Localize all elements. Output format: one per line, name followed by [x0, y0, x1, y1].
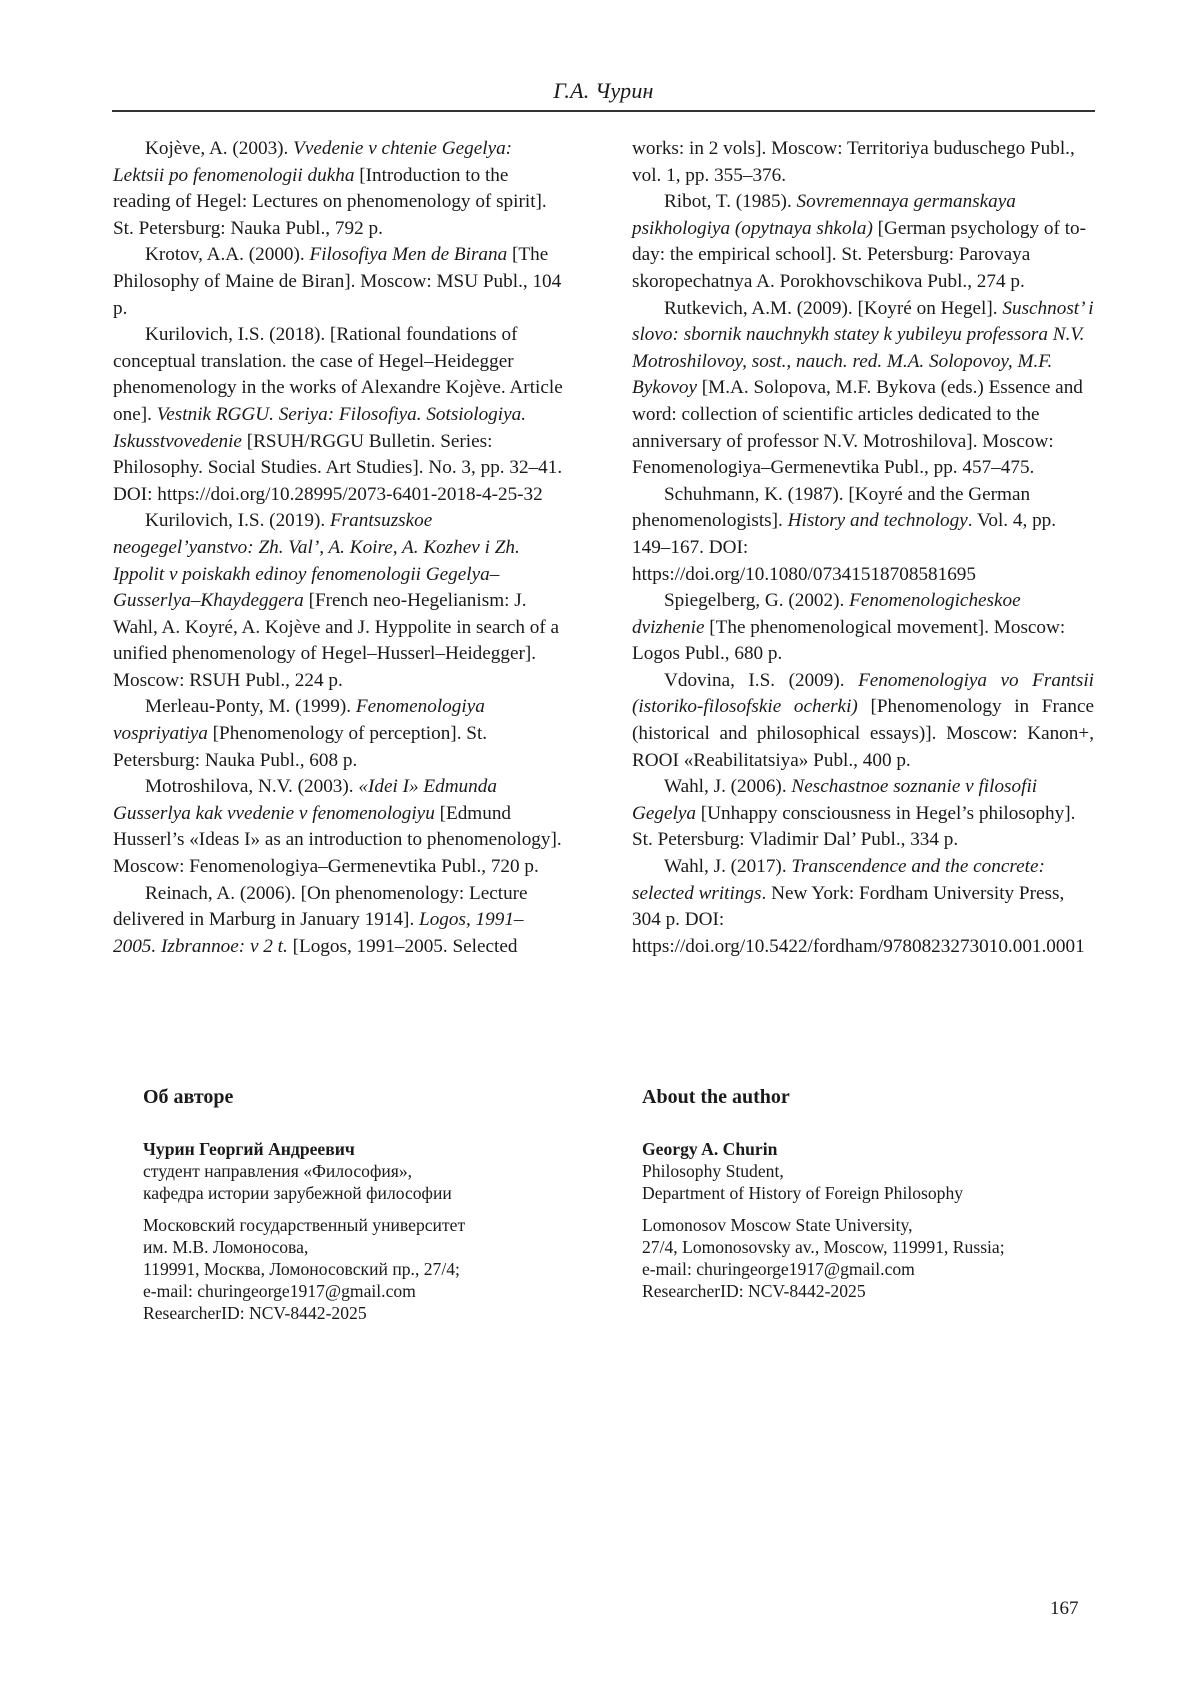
author-position-group-ru: Чурин Георгий Андреевич студент направле…	[143, 1138, 583, 1204]
about-author-heading-ru: Об авторе	[143, 1086, 583, 1108]
reference-entry: Krotov, A.A. (2000). Filosofiya Men de B…	[113, 242, 565, 322]
reference-entry: Ribot, T. (1985). Sovremennaya germanska…	[632, 189, 1094, 295]
author-name-en: Georgy A. Churin	[642, 1138, 1102, 1160]
reference-text: Krotov, A.A. (2000).	[145, 244, 310, 265]
author-position-line: Philosophy Student,	[642, 1160, 1102, 1182]
reference-text: Spiegelberg, G. (2002).	[664, 590, 849, 611]
author-researcher-id-ru: ResearcherID: NCV-8442-2025	[143, 1302, 583, 1324]
reference-entry: Schuhmann, K. (1987). [Koyré and the Ger…	[632, 482, 1094, 588]
author-affiliation-line: им. М.В. Ломоносова,	[143, 1236, 583, 1258]
author-email-ru[interactable]: e-mail: churingeorge1917@gmail.com	[143, 1280, 583, 1302]
author-position-line: Department of History of Foreign Philoso…	[642, 1182, 1102, 1204]
reference-entry: Wahl, J. (2017). Transcendence and the c…	[632, 854, 1094, 960]
author-affiliation-line: 27/4, Lomonosovsky av., Moscow, 119991, …	[642, 1236, 1102, 1258]
reference-text: Merleau-Ponty, M. (1999).	[145, 696, 356, 717]
reference-text: Vdovina, I.S. (2009).	[664, 670, 858, 691]
reference-entry: Wahl, J. (2006). Neschastnoe soznanie v …	[632, 774, 1094, 854]
running-title: Г.А. Чурин	[112, 78, 1095, 104]
reference-text: [M.A. Solopova, M.F. Bykova (eds.) Essen…	[632, 377, 1083, 478]
reference-text: works: in 2 vols]. Moscow: Territoriya b…	[632, 138, 1075, 186]
reference-entry: Vdovina, I.S. (2009). Fenomenologiya vo …	[632, 668, 1094, 774]
reference-text: Ribot, T. (1985).	[664, 191, 797, 212]
author-affiliation-group-en: Lomonosov Moscow State University, 27/4,…	[642, 1214, 1102, 1302]
author-affiliation-line: Московский государственный университет	[143, 1214, 583, 1236]
reference-entry: works: in 2 vols]. Moscow: Territoriya b…	[632, 136, 1094, 189]
reference-text: Kojève, A. (2003).	[145, 138, 293, 159]
reference-entry: Spiegelberg, G. (2002). Fenomenologiches…	[632, 588, 1094, 668]
author-affiliation-line: Lomonosov Moscow State University,	[642, 1214, 1102, 1236]
header-rule	[112, 110, 1095, 112]
reference-text: Wahl, J. (2017).	[664, 856, 791, 877]
reference-text: Rutkevich, A.M. (2009). [Koyré on Hegel]…	[664, 298, 1002, 319]
references-left-column: Kojève, A. (2003). Vvedenie v chtenie Ge…	[113, 136, 565, 960]
reference-text: Motroshilova, N.V. (2003).	[145, 776, 358, 797]
reference-text: [Unhappy consciousness in Hegel’s philos…	[632, 803, 1075, 851]
reference-text: Wahl, J. (2006).	[664, 776, 791, 797]
author-name-ru: Чурин Георгий Андреевич	[143, 1138, 583, 1160]
author-position-line: кафедра истории зарубежной философии	[143, 1182, 583, 1204]
about-author-heading-en: About the author	[642, 1086, 1102, 1108]
about-author-en: About the author Georgy A. Churin Philos…	[642, 1086, 1102, 1312]
reference-entry: Kurilovich, I.S. (2018). [Rational found…	[113, 322, 565, 508]
author-email-en[interactable]: e-mail: churingeorge1917@gmail.com	[642, 1258, 1102, 1280]
reference-entry: Reinach, A. (2006). [On phenomenology: L…	[113, 881, 565, 961]
reference-text: [Logos, 1991–2005. Selected	[288, 936, 518, 957]
about-author-ru: Об авторе Чурин Георгий Андреевич студен…	[143, 1086, 583, 1334]
reference-entry: Kojève, A. (2003). Vvedenie v chtenie Ge…	[113, 136, 565, 242]
author-position-group-en: Georgy A. Churin Philosophy Student, Dep…	[642, 1138, 1102, 1204]
reference-title: Filosofiya Men de Birana	[310, 244, 508, 265]
author-researcher-id-en: ResearcherID: NCV-8442-2025	[642, 1280, 1102, 1302]
reference-title: History and technology	[788, 510, 968, 531]
author-position-line: студент направления «Философия»,	[143, 1160, 583, 1182]
references-right-column: works: in 2 vols]. Moscow: Territoriya b…	[632, 136, 1094, 960]
reference-entry: Rutkevich, A.M. (2009). [Koyré on Hegel]…	[632, 296, 1094, 482]
author-affiliation-line: 119991, Москва, Ломоносовский пр., 27/4;	[143, 1258, 583, 1280]
author-affiliation-group-ru: Московский государственный университет и…	[143, 1214, 583, 1324]
reference-entry: Motroshilova, N.V. (2003). «Idei I» Edmu…	[113, 774, 565, 880]
reference-entry: Kurilovich, I.S. (2019). Frantsuzskoe ne…	[113, 508, 565, 694]
reference-entry: Merleau-Ponty, M. (1999). Fenomenologiya…	[113, 694, 565, 774]
page-number: 167	[1050, 1598, 1079, 1620]
reference-text: Kurilovich, I.S. (2019).	[145, 510, 330, 531]
